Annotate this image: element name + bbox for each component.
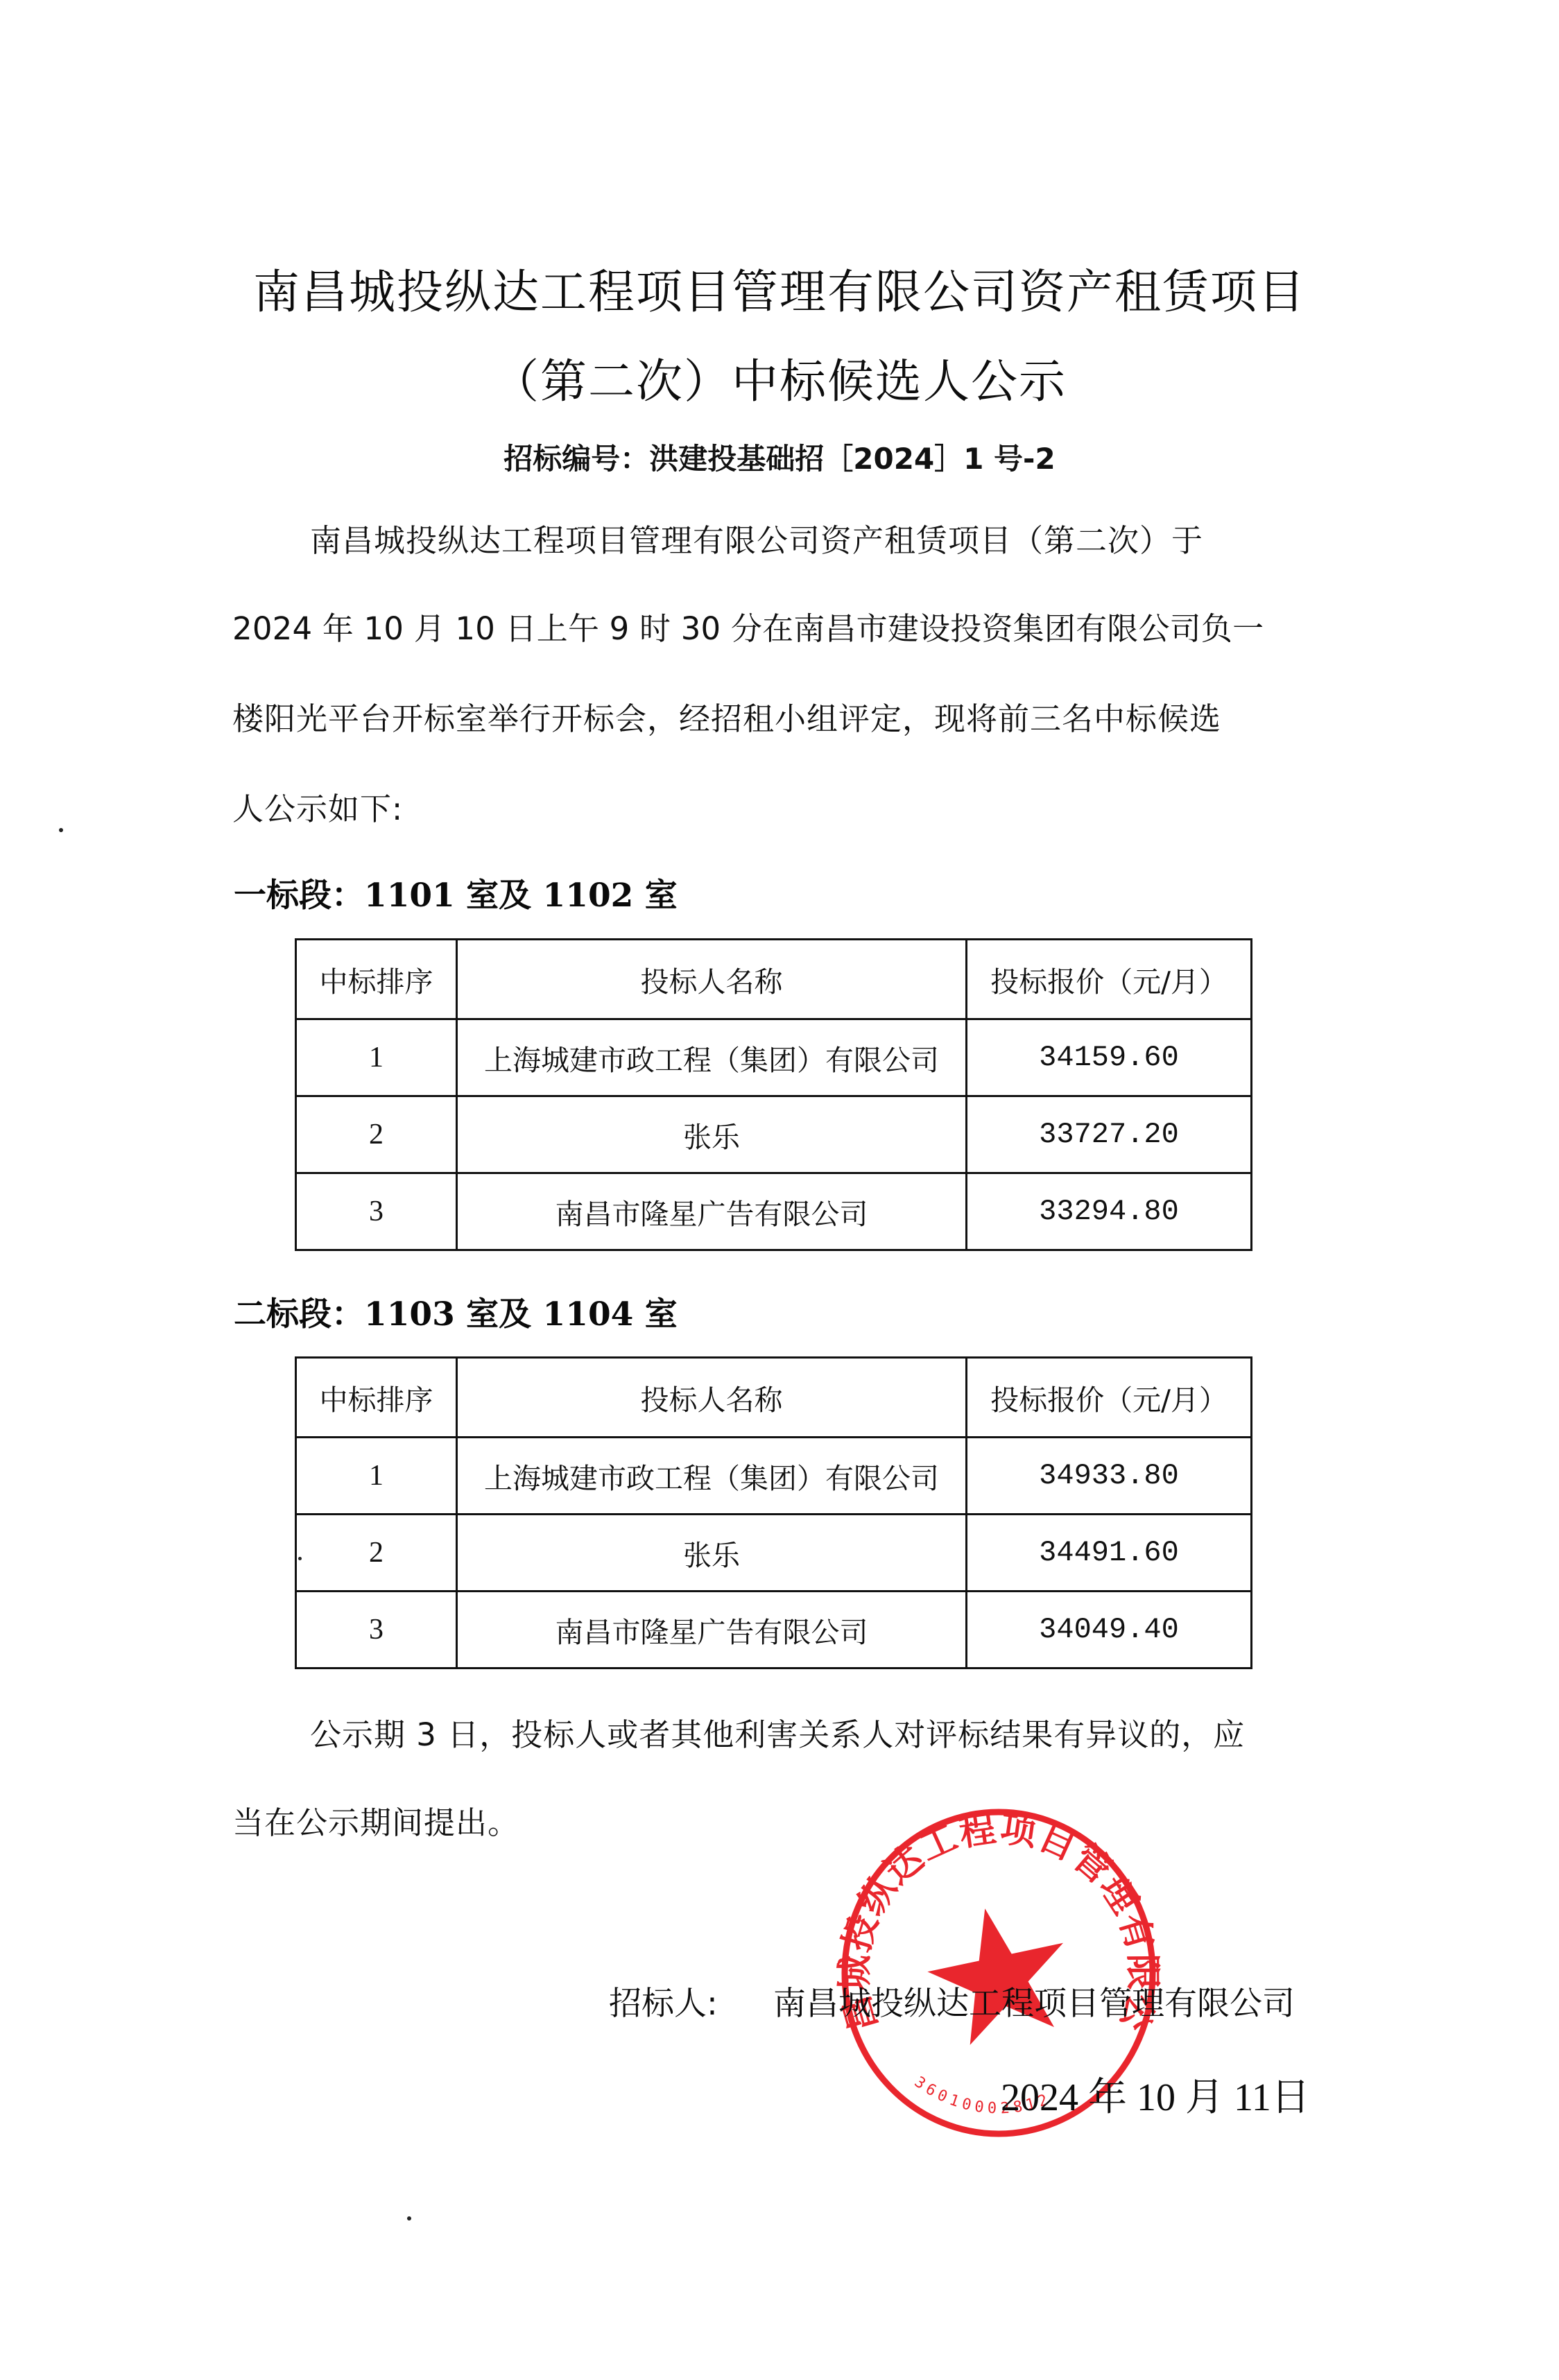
- section-1-heading: 一标段：1101 室及 1102 室: [234, 874, 678, 918]
- closing-line-1: 公示期 3 日，投标人或者其他利害关系人对评标结果有异议的，应: [310, 1713, 1245, 1757]
- cell-bidder: 张乐: [457, 1515, 967, 1592]
- cell-price: 34049.40: [967, 1592, 1252, 1668]
- cell-bidder: 张乐: [457, 1096, 967, 1173]
- bid-number: 招标编号：洪建投基础招［2024］1 号-2: [0, 438, 1559, 480]
- intro-line-1: 南昌城投纵达工程项目管理有限公司资产租赁项目（第二次）于: [310, 519, 1203, 563]
- column-header-rank: 中标排序: [296, 1358, 457, 1438]
- table-row: 1 上海城建市政工程（集团）有限公司 34159.60: [296, 1019, 1252, 1096]
- cell-price: 34491.60: [967, 1515, 1252, 1592]
- intro-line-2: 2024 年 10 月 10 日上午 9 时 30 分在南昌市建设投资集团有限公…: [232, 607, 1264, 651]
- closing-line-2: 当在公示期间提出。: [232, 1801, 519, 1845]
- cell-price: 33727.20: [967, 1096, 1252, 1173]
- stamp-star-icon: [917, 1894, 1080, 2050]
- cell-price: 34159.60: [967, 1019, 1252, 1096]
- column-header-bidder: 投标人名称: [457, 940, 967, 1019]
- cell-bidder: 南昌市隆星广告有限公司: [457, 1592, 967, 1668]
- section-2-table: 中标排序 投标人名称 投标报价（元/月） 1 上海城建市政工程（集团）有限公司 …: [295, 1356, 1252, 1669]
- cell-bidder: 南昌市隆星广告有限公司: [457, 1173, 967, 1250]
- table-row: 1 上海城建市政工程（集团）有限公司 34933.80: [296, 1438, 1252, 1515]
- signature-label: 招标人:: [609, 1982, 718, 2026]
- table-header-row: 中标排序 投标人名称 投标报价（元/月）: [296, 940, 1252, 1019]
- table-row: 3 南昌市隆星广告有限公司 33294.80: [296, 1173, 1252, 1250]
- document-title-line-1: 南昌城投纵达工程项目管理有限公司资产租赁项目: [0, 261, 1559, 323]
- signature-date: 2024 年 10 月 11日: [1001, 2073, 1310, 2122]
- cell-rank: 2: [296, 1096, 457, 1173]
- cell-bidder: 上海城建市政工程（集团）有限公司: [457, 1438, 967, 1515]
- cell-rank: 3: [296, 1592, 457, 1668]
- column-header-rank: 中标排序: [296, 940, 457, 1019]
- signature-organization: 南昌城投纵达工程项目管理有限公司: [773, 1982, 1295, 2026]
- scan-speck: [407, 2216, 411, 2221]
- column-header-price: 投标报价（元/月）: [967, 940, 1252, 1019]
- section-2-heading: 二标段：1103 室及 1104 室: [234, 1293, 678, 1337]
- intro-line-3: 楼阳光平台开标室举行开标会，经招租小组评定，现将前三名中标候选: [232, 697, 1221, 741]
- table-header-row: 中标排序 投标人名称 投标报价（元/月）: [296, 1358, 1252, 1438]
- cell-price: 33294.80: [967, 1173, 1252, 1250]
- intro-line-4: 人公示如下:: [232, 787, 403, 831]
- cell-rank: 1: [296, 1438, 457, 1515]
- scan-speck: [59, 828, 63, 832]
- cell-price: 34933.80: [967, 1438, 1252, 1515]
- column-header-price: 投标报价（元/月）: [967, 1358, 1252, 1438]
- cell-rank: 1: [296, 1019, 457, 1096]
- scan-speck: [298, 1557, 302, 1560]
- cell-rank: 3: [296, 1173, 457, 1250]
- section-1-table: 中标排序 投标人名称 投标报价（元/月） 1 上海城建市政工程（集团）有限公司 …: [295, 938, 1252, 1251]
- cell-rank: 2: [296, 1515, 457, 1592]
- column-header-bidder: 投标人名称: [457, 1358, 967, 1438]
- table-row: 2 张乐 34491.60: [296, 1515, 1252, 1592]
- table-row: 2 张乐 33727.20: [296, 1096, 1252, 1173]
- table-row: 3 南昌市隆星广告有限公司 34049.40: [296, 1592, 1252, 1668]
- document-title-line-2: （第二次）中标候选人公示: [0, 350, 1559, 413]
- cell-bidder: 上海城建市政工程（集团）有限公司: [457, 1019, 967, 1096]
